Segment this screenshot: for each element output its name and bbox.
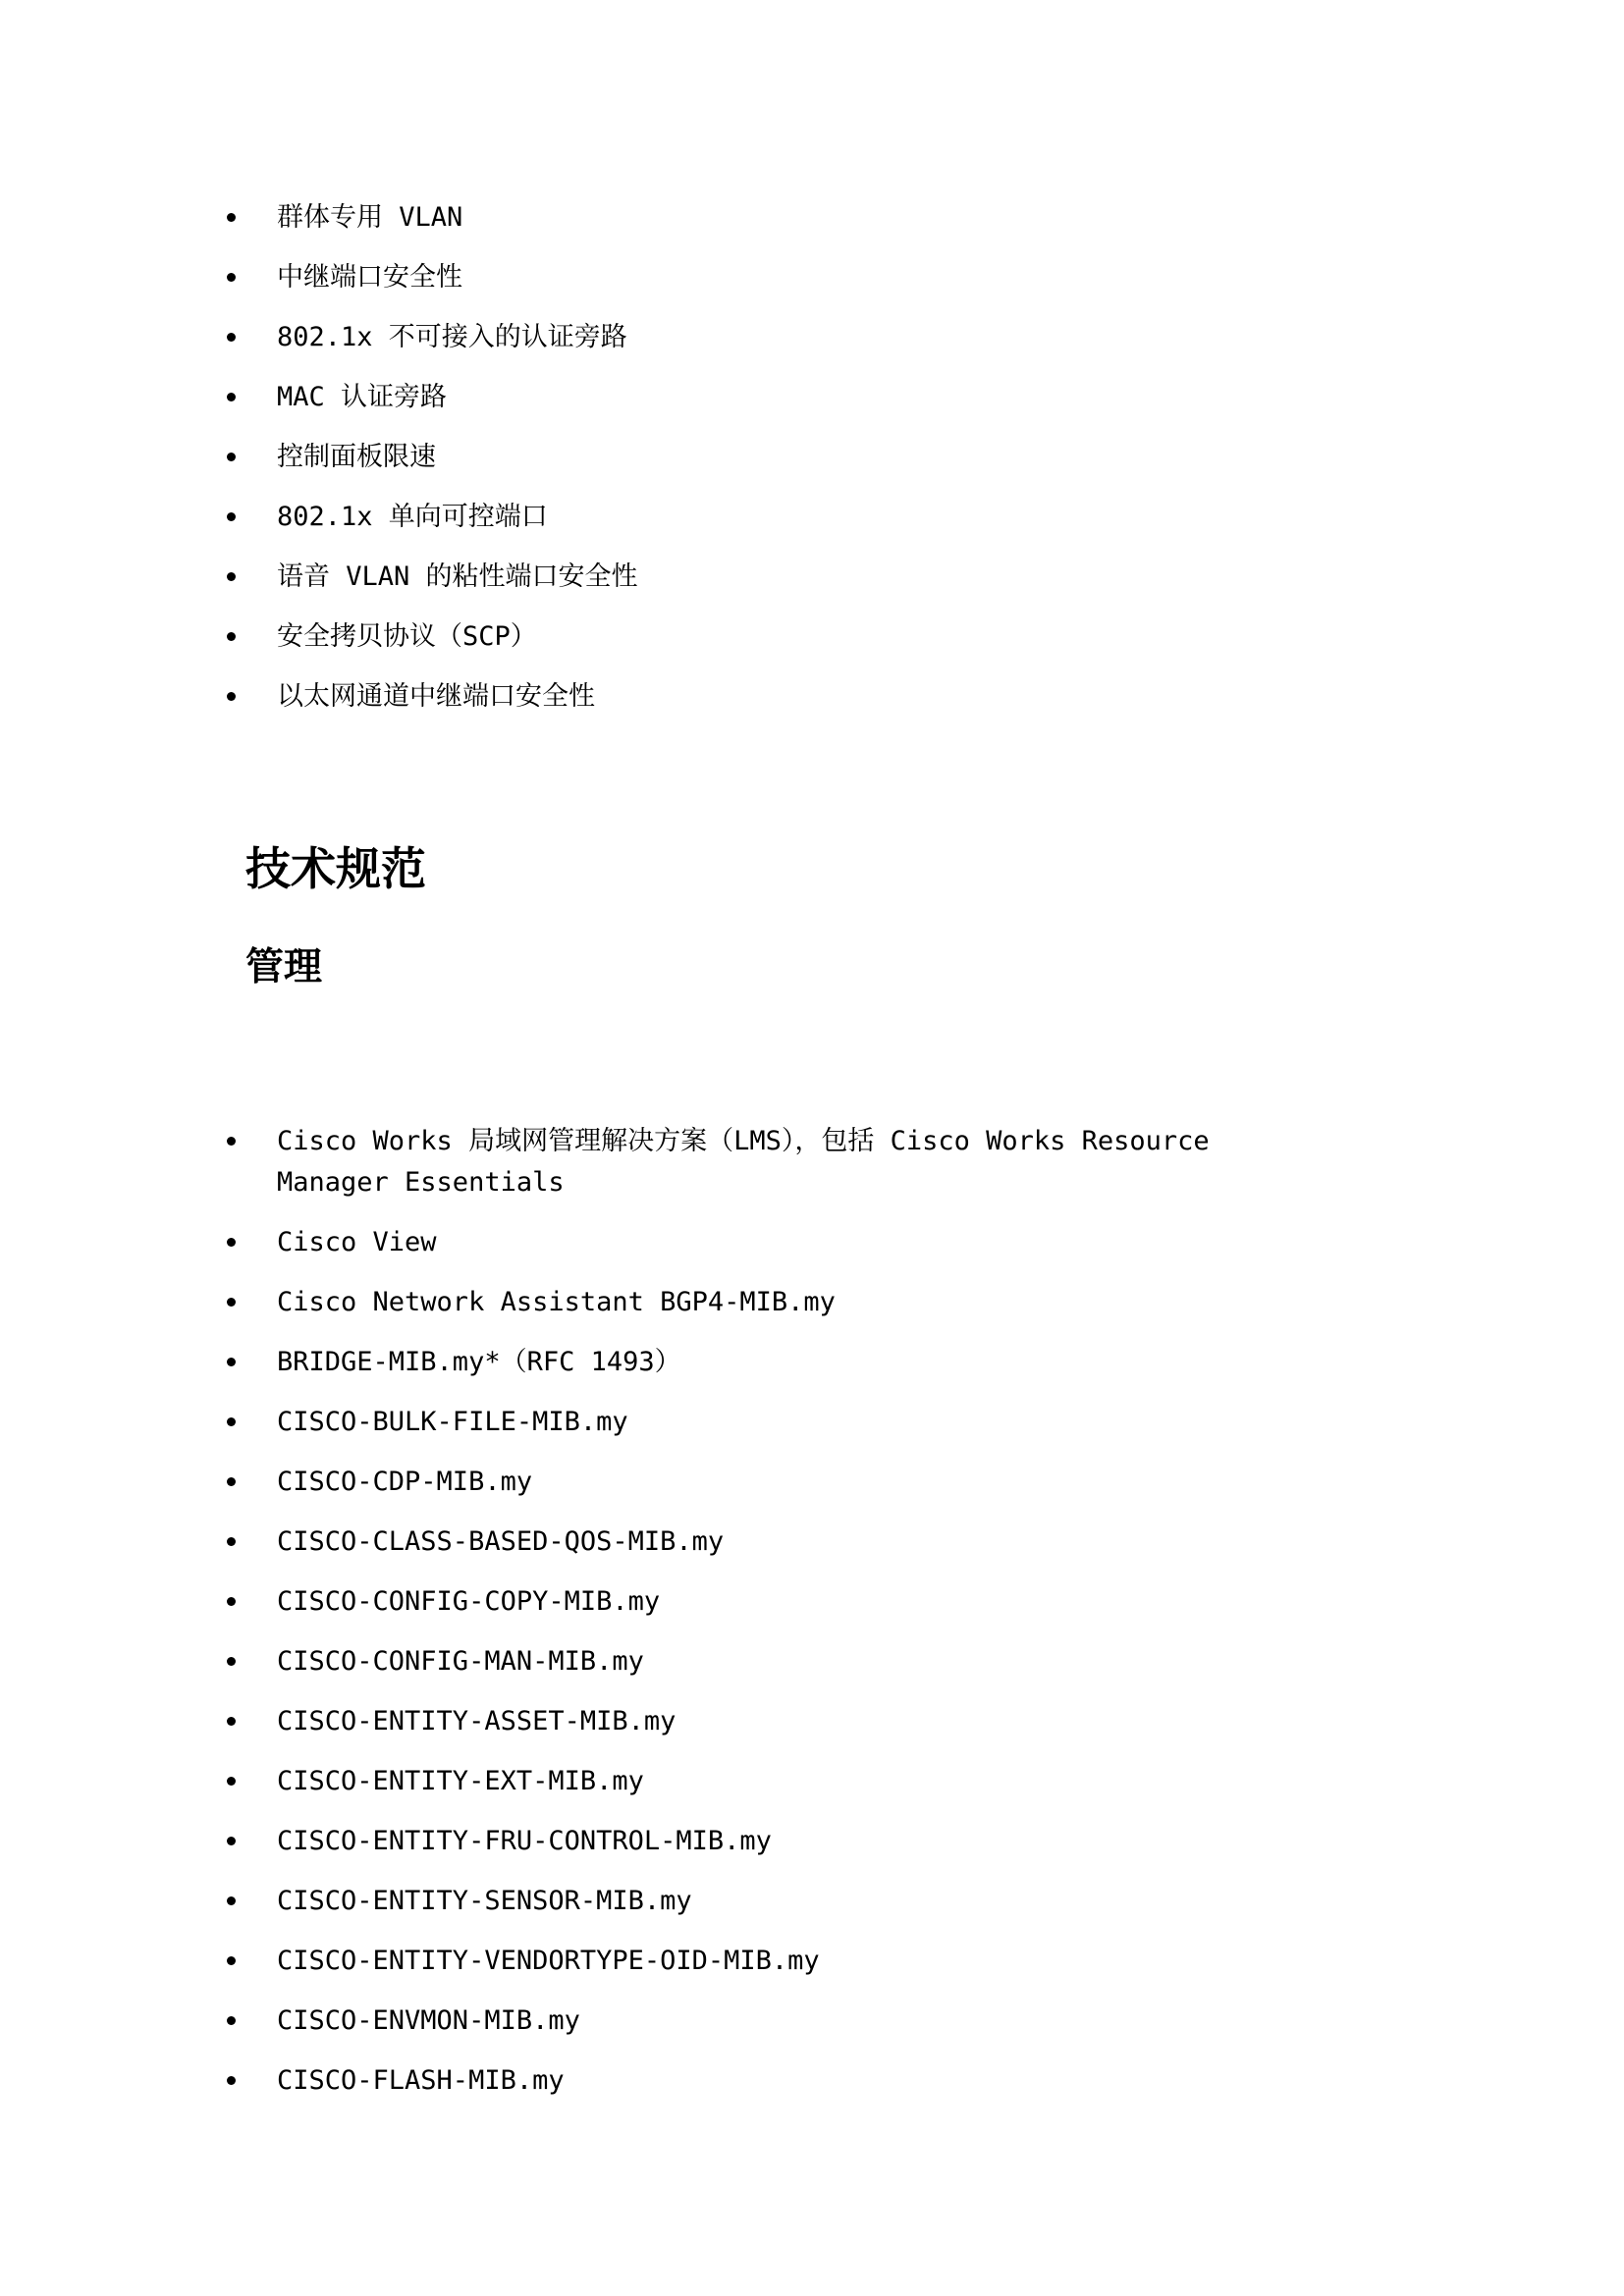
section-title: 技术规范	[245, 842, 426, 895]
list-item: CISCO-ENTITY-SENSOR-MIB.my	[277, 1881, 1210, 1922]
list-item: CISCO-ENTITY-ASSET-MIB.my	[277, 1701, 1210, 1742]
list-item: CISCO-ENTITY-EXT-MIB.my	[277, 1761, 1210, 1802]
list-item-text: CISCO-ENTITY-FRU-CONTROL-MIB.my	[277, 1826, 772, 1856]
list-item-text: 控制面板限速	[277, 442, 436, 472]
list-item-text: CISCO-CLASS-BASED-QOS-MIB.my	[277, 1526, 724, 1557]
list-item: CISCO-ENVMON-MIB.my	[277, 2001, 1210, 2042]
bullet-icon	[227, 632, 236, 641]
bullet-icon	[227, 1537, 236, 1546]
list-item: 群体专用 VLAN	[277, 197, 638, 239]
list-item-text: 以太网通道中继端口安全性	[277, 681, 595, 712]
list-item-text: CISCO-ENTITY-SENSOR-MIB.my	[277, 1886, 692, 1916]
document-page: 群体专用 VLAN 中继端口安全性 802.1x 不可接入的认证旁路 MAC 认…	[0, 0, 1624, 2296]
bullet-icon	[227, 1238, 236, 1247]
list-item-text: 群体专用 VLAN	[277, 202, 462, 233]
security-features-list: 群体专用 VLAN 中继端口安全性 802.1x 不可接入的认证旁路 MAC 认…	[277, 197, 638, 736]
list-item-text: CISCO-ENTITY-ASSET-MIB.my	[277, 1706, 676, 1736]
bullet-icon	[227, 2016, 236, 2025]
list-item: 安全拷贝协议（SCP）	[277, 616, 638, 658]
list-item-text: CISCO-ENVMON-MIB.my	[277, 2005, 580, 2036]
list-item: BRIDGE-MIB.my*（RFC 1493）	[277, 1342, 1210, 1383]
bullet-icon	[227, 1137, 236, 1146]
list-item-text: CISCO-BULK-FILE-MIB.my	[277, 1407, 628, 1437]
list-item: 802.1x 单向可控端口	[277, 497, 638, 538]
list-item-text: Cisco Works 局域网管理解决方案（LMS），包括 Cisco Work…	[277, 1126, 1210, 1156]
list-item: 语音 VLAN 的粘性端口安全性	[277, 557, 638, 598]
bullet-icon	[227, 512, 236, 521]
subsection-title: 管理	[245, 945, 322, 990]
list-item: 中继端口安全性	[277, 257, 638, 298]
list-item-text: Cisco View	[277, 1227, 437, 1257]
list-item-text: Cisco Network Assistant BGP4-MIB.my	[277, 1287, 836, 1317]
list-item-text: CISCO-FLASH-MIB.my	[277, 2065, 565, 2096]
bullet-icon	[227, 1597, 236, 1606]
list-item: MAC 认证旁路	[277, 377, 638, 418]
list-item: 802.1x 不可接入的认证旁路	[277, 317, 638, 358]
bullet-icon	[227, 333, 236, 342]
management-list: Cisco Works 局域网管理解决方案（LMS），包括 Cisco Work…	[277, 1121, 1210, 2120]
list-item: Cisco View	[277, 1222, 1210, 1263]
list-item-text: CISCO-ENTITY-VENDORTYPE-OID-MIB.my	[277, 1946, 820, 1976]
bullet-icon	[227, 2076, 236, 2085]
bullet-icon	[227, 1657, 236, 1666]
bullet-icon	[227, 1298, 236, 1307]
bullet-icon	[227, 273, 236, 282]
list-item-text: 802.1x 不可接入的认证旁路	[277, 322, 627, 352]
list-item-text: BRIDGE-MIB.my*（RFC 1493）	[277, 1347, 681, 1377]
list-item-text: CISCO-CONFIG-MAN-MIB.my	[277, 1646, 644, 1677]
list-item-text: 中继端口安全性	[277, 262, 462, 293]
list-item: CISCO-CONFIG-COPY-MIB.my	[277, 1581, 1210, 1623]
bullet-icon	[227, 453, 236, 461]
bullet-icon	[227, 1717, 236, 1726]
list-item-text: 语音 VLAN 的粘性端口安全性	[277, 561, 638, 592]
bullet-icon	[227, 1837, 236, 1845]
list-item: CISCO-CLASS-BASED-QOS-MIB.my	[277, 1522, 1210, 1563]
list-item-text: 802.1x 单向可控端口	[277, 502, 548, 532]
bullet-icon	[227, 692, 236, 701]
bullet-icon	[227, 1358, 236, 1366]
list-item: CISCO-BULK-FILE-MIB.my	[277, 1402, 1210, 1443]
list-item-text: 安全拷贝协议（SCP）	[277, 621, 537, 652]
list-item: 控制面板限速	[277, 437, 638, 478]
list-item: Cisco Works 局域网管理解决方案（LMS），包括 Cisco Work…	[277, 1121, 1210, 1203]
list-item: CISCO-CDP-MIB.my	[277, 1462, 1210, 1503]
list-item: Cisco Network Assistant BGP4-MIB.my	[277, 1282, 1210, 1323]
list-item: CISCO-CONFIG-MAN-MIB.my	[277, 1641, 1210, 1682]
list-item: 以太网通道中继端口安全性	[277, 676, 638, 718]
bullet-icon	[227, 1896, 236, 1905]
list-item-text: CISCO-ENTITY-EXT-MIB.my	[277, 1766, 644, 1796]
list-item: CISCO-ENTITY-FRU-CONTROL-MIB.my	[277, 1821, 1210, 1862]
list-item: CISCO-FLASH-MIB.my	[277, 2060, 1210, 2102]
bullet-icon	[227, 572, 236, 581]
list-item: CISCO-ENTITY-VENDORTYPE-OID-MIB.my	[277, 1941, 1210, 1982]
bullet-icon	[227, 1956, 236, 1965]
bullet-icon	[227, 213, 236, 222]
list-item-text: MAC 认证旁路	[277, 382, 447, 412]
list-item-text-wrap: Manager Essentials	[277, 1167, 565, 1198]
list-item-text: CISCO-CDP-MIB.my	[277, 1467, 532, 1497]
bullet-icon	[227, 393, 236, 401]
list-item-text: CISCO-CONFIG-COPY-MIB.my	[277, 1586, 660, 1617]
bullet-icon	[227, 1777, 236, 1786]
bullet-icon	[227, 1417, 236, 1426]
bullet-icon	[227, 1477, 236, 1486]
